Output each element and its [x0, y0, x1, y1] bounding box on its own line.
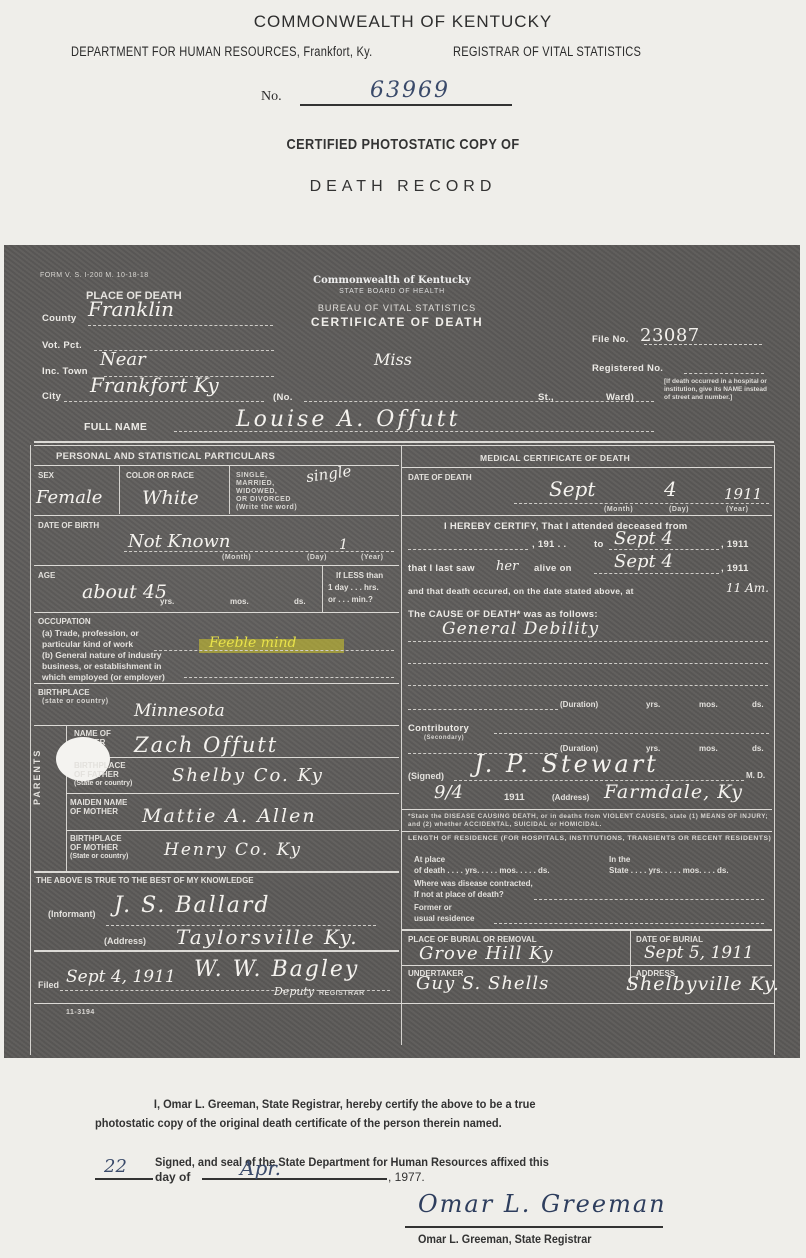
birthplace-value: Minnesota — [134, 701, 225, 721]
city-value: Frankfort Ky — [90, 373, 219, 397]
street-line — [304, 401, 654, 402]
column-divider — [401, 445, 402, 1045]
extra-handwriting: Miss — [374, 350, 412, 369]
attended-to-value: Sept 4 — [614, 528, 673, 549]
duration-ds: ds. — [752, 700, 764, 710]
divider — [34, 565, 399, 566]
county-value: Franklin — [88, 297, 174, 321]
certification-line-1: I, Omar L. Greeman, State Registrar, her… — [95, 1097, 647, 1111]
registrar-signature: W. W. Bagley — [194, 957, 359, 982]
duration2-mos: mos. — [699, 744, 718, 754]
file-no-line — [644, 344, 762, 345]
label-line: OF FATHER — [74, 770, 132, 779]
former-label: Former or — [414, 903, 452, 913]
dob-line — [124, 551, 394, 552]
occupation-line: (a) Trade, profession, or — [42, 628, 165, 639]
divider — [34, 683, 399, 684]
birthplace-label: BIRTHPLACE — [38, 688, 90, 698]
file-no-label: File No. — [592, 334, 629, 345]
hospital-note: [If death occurred in a hospital or inst… — [664, 378, 772, 402]
md-label: M. D. — [746, 771, 765, 781]
state-units: State . . . . yrs. . . . . mos. . . . ds… — [609, 866, 729, 876]
city-label: City — [42, 391, 61, 402]
age-label: AGE — [38, 571, 55, 581]
divider — [119, 466, 120, 514]
last-saw-pronoun: her — [496, 559, 518, 574]
true-statement-label: THE ABOVE IS TRUE TO THE BEST OF MY KNOW… — [36, 876, 254, 886]
not-at-place-label: If not at place of death? — [414, 890, 504, 900]
day-of-label: day of — [155, 1170, 190, 1184]
race-value: White — [142, 487, 199, 509]
signature-line — [405, 1226, 663, 1228]
father-birthplace-value: Shelby Co. Ky — [172, 765, 324, 786]
marital-line: WIDOWED, — [236, 488, 297, 496]
informant-address-label: (Address) — [104, 936, 146, 946]
attended-to-label: to — [594, 539, 604, 550]
registered-no-line — [684, 373, 764, 374]
month-value: Apr. — [240, 1156, 281, 1180]
secondary-label: (Secondary) — [424, 735, 464, 741]
ward-label: Ward) — [606, 392, 634, 403]
duration-label: (Duration) — [560, 700, 598, 710]
informant-label: (Informant) — [48, 909, 96, 919]
in-state-label: In the — [609, 855, 630, 865]
last-saw-line — [594, 573, 719, 574]
divider — [34, 515, 399, 516]
physician-signature: J. P. Stewart — [474, 750, 659, 778]
signed-date: 9/4 — [434, 782, 463, 803]
birthplace-sub: (state or country) — [42, 698, 109, 705]
dod-day: 4 — [664, 477, 677, 501]
medical-certificate-heading: MEDICAL CERTIFICATE OF DEATH — [480, 453, 630, 463]
registrar-label: REGISTRAR — [319, 990, 365, 997]
month-underline — [202, 1178, 387, 1180]
mother-name-value: Mattie A. Allen — [142, 805, 317, 827]
divider — [402, 809, 772, 810]
footer-code: 11-3194 — [66, 1009, 95, 1016]
divider — [402, 515, 772, 516]
label-line: (State or country) — [74, 779, 132, 788]
label-line: BIRTHPLACE — [70, 834, 128, 843]
physician-address-label: (Address) — [552, 793, 589, 803]
label-line: OF MOTHER — [70, 843, 128, 852]
signed-label: (Signed) — [408, 771, 444, 781]
father-name-value: Zach Offutt — [134, 733, 278, 757]
signed-year: 1911 — [504, 793, 525, 803]
cause-line-3 — [408, 685, 768, 686]
divider — [402, 831, 772, 832]
age-ds: ds. — [294, 597, 306, 607]
divider — [34, 950, 399, 952]
registrar-deputy: Deputy — [274, 985, 314, 998]
cause-line-2 — [408, 663, 768, 664]
registrar-name: REGISTRAR OF VITAL STATISTICS — [453, 44, 641, 59]
dob-day: (Day) — [307, 554, 327, 561]
registrar-title: Omar L. Greeman, State Registrar — [418, 1232, 591, 1246]
filed-value: Sept 4, 1911 — [66, 967, 176, 987]
occupation-line: business, or establishment in — [42, 661, 165, 672]
dod-label: DATE OF DEATH — [408, 473, 472, 483]
dob-label: DATE OF BIRTH — [38, 521, 99, 531]
full-name-value: Louise A. Offutt — [236, 407, 460, 432]
occupation-line: particular kind of work — [42, 639, 165, 650]
sex-value: Female — [36, 487, 102, 508]
header-title: COMMONWEALTH OF KENTUCKY — [0, 12, 806, 32]
death-certificate-photostat: FORM V. S. I-200 M. 10-18-18 Commonwealt… — [4, 245, 800, 1058]
attended-from: , 191 . . — [532, 539, 566, 550]
dod-month-label: (Month) — [604, 506, 633, 513]
last-saw-text: that I last saw — [408, 563, 475, 574]
registrar-signature: Omar L. Greeman — [418, 1190, 667, 1218]
county-label: County — [42, 313, 77, 324]
sex-label: SEX — [38, 471, 54, 481]
occupation-lines: (a) Trade, profession, or particular kin… — [42, 628, 165, 683]
full-name-label: FULL NAME — [84, 421, 147, 433]
marital-line: (Write the word) — [236, 504, 297, 512]
label-line: (State or country) — [70, 852, 128, 861]
certified-copy-subtitle: CERTIFIED PHOTOSTATIC COPY OF — [60, 136, 745, 153]
occupation-value: Feeble mind — [209, 635, 296, 651]
divider — [34, 725, 399, 726]
seal-commonwealth: Commonwealth of Kentucky — [4, 275, 790, 286]
certification-line-2: photostatic copy of the original death c… — [95, 1116, 647, 1130]
vot-pct-label: Vot. Pct. — [42, 340, 82, 351]
record-number-label: No. — [261, 89, 282, 105]
residence-line — [494, 923, 764, 924]
bottom-rule — [34, 1003, 774, 1004]
parents-label: PARENTS — [32, 749, 42, 805]
city-line — [64, 401, 264, 402]
certification-paragraph: I, Omar L. Greeman, State Registrar, her… — [95, 1097, 647, 1130]
last-saw-year: , 1911 — [721, 563, 749, 574]
contracted-line — [534, 899, 764, 900]
dod-year-label: (Year) — [726, 506, 748, 513]
divider — [34, 612, 399, 613]
label-line: MAIDEN NAME — [70, 798, 127, 807]
occupation-line-a — [154, 650, 394, 651]
duration-line — [408, 709, 558, 710]
duration-yrs: yrs. — [646, 700, 660, 710]
personal-particulars-heading: PERSONAL AND STATISTICAL PARTICULARS — [56, 451, 275, 462]
divider — [402, 965, 772, 966]
record-number-value: 63969 — [370, 78, 450, 103]
occupation-label: OCCUPATION — [38, 617, 91, 627]
age-mos: mos. — [230, 597, 249, 607]
filed-line — [60, 990, 390, 991]
day-underline — [95, 1178, 153, 1180]
occupation-line-b — [184, 677, 394, 678]
filed-label: Filed — [38, 980, 59, 990]
informant-address-value: Taylorsville Ky. — [176, 925, 359, 949]
mother-name-label: MAIDEN NAME OF MOTHER — [70, 798, 127, 816]
cause-line-1 — [408, 641, 768, 642]
occupation-line: (b) General nature of industry — [42, 650, 165, 661]
county-line — [88, 325, 273, 326]
cause-value: General Debility — [442, 619, 599, 639]
residence-label: LENGTH OF RESIDENCE (FOR HOSPITALS, INST… — [408, 835, 773, 843]
duration2-ds: ds. — [752, 744, 764, 754]
physician-address-value: Farmdale, Ky — [604, 781, 743, 803]
street-no-label: (No. — [273, 392, 293, 403]
registered-no-label: Registered No. — [592, 363, 663, 374]
day-value: 22 — [104, 1156, 127, 1177]
death-record-title: DEATH RECORD — [0, 178, 806, 196]
undertaker-address-value: Shelbyville Ky. — [626, 973, 780, 995]
dod-month: Sept — [549, 477, 595, 501]
age-value: about 45 — [82, 581, 167, 603]
full-name-line — [174, 431, 654, 432]
burial-value: Grove Hill Ky — [419, 943, 554, 964]
death-occurred-text: and that death occured, on the date stat… — [408, 586, 634, 596]
dod-line — [514, 503, 769, 504]
department-name: DEPARTMENT FOR HUMAN RESOURCES, Frankfor… — [71, 44, 372, 59]
race-label: COLOR OR RACE — [126, 471, 194, 481]
of-death-units: of death . . . . yrs. . . . . mos. . . .… — [414, 866, 550, 876]
dod-year: 1911 — [724, 485, 762, 503]
section-divider — [34, 441, 774, 443]
death-time: 11 Am. — [726, 581, 769, 595]
label-line: OF MOTHER — [70, 807, 127, 816]
section-divider-2 — [34, 445, 774, 446]
dob-value: Not Known — [128, 531, 230, 552]
divider — [66, 830, 399, 831]
signed-seal-text: Signed, and seal of the State Department… — [155, 1155, 549, 1169]
left-border — [30, 445, 31, 1055]
father-birthplace-label: BIRTHPLACE OF FATHER (State or country) — [74, 761, 132, 788]
age-yrs: yrs. — [160, 597, 174, 607]
contributory-line — [494, 733, 769, 734]
inc-town-label: Inc. Town — [42, 366, 88, 377]
dob-month: (Month) — [222, 554, 251, 561]
mother-birthplace-label: BIRTHPLACE OF MOTHER (State or country) — [70, 834, 128, 861]
divider — [229, 466, 230, 514]
undertaker-value: Guy S. Shells — [416, 973, 549, 994]
divider — [402, 467, 772, 468]
marital-line: SINGLE, — [236, 472, 297, 480]
inc-town-value: Near — [100, 349, 146, 370]
alive-on-label: alive on — [534, 563, 572, 574]
divider — [322, 566, 323, 612]
year-text: , 1977. — [388, 1170, 425, 1184]
divider — [402, 929, 772, 931]
marital-label: SINGLE, MARRIED, WIDOWED, OR DIVORCED (W… — [236, 472, 297, 512]
divider — [66, 757, 399, 758]
contracted-label: Where was disease contracted, — [414, 879, 533, 889]
divider — [66, 793, 399, 794]
last-saw-value: Sept 4 — [614, 551, 673, 572]
attended-to-year: , 1911 — [721, 539, 749, 550]
record-number-underline — [300, 104, 512, 106]
informant-value: J. S. Ballard — [114, 893, 270, 918]
dod-day-label: (Day) — [669, 506, 689, 513]
label-line: BIRTHPLACE — [74, 761, 132, 770]
less-than-label: If LESS than — [336, 571, 383, 581]
burial-date-value: Sept 5, 1911 — [644, 943, 754, 963]
marital-line: OR DIVORCED — [236, 496, 297, 504]
occupation-line: which employed (or employer) — [42, 672, 165, 683]
at-place-label: At place — [414, 855, 445, 865]
right-border — [774, 445, 775, 1055]
street-label: St., — [538, 392, 554, 403]
less-day-label: 1 day . . . hrs. — [328, 583, 379, 593]
attended-to-line — [609, 549, 719, 550]
contributory-label: Contributory — [408, 723, 469, 734]
less-min-label: or . . . min.? — [328, 595, 373, 605]
attended-from-line — [408, 549, 528, 550]
dob-year: (Year) — [361, 554, 383, 561]
usual-residence-label: usual residence — [414, 914, 474, 924]
duration-mos: mos. — [699, 700, 718, 710]
cause-footnote: *State the DISEASE CAUSING DEATH, or in … — [408, 813, 773, 829]
marital-line: MARRIED, — [236, 480, 297, 488]
mother-birthplace-value: Henry Co. Ky — [164, 840, 302, 860]
divider — [34, 871, 399, 873]
file-no-value: 23087 — [640, 325, 700, 346]
